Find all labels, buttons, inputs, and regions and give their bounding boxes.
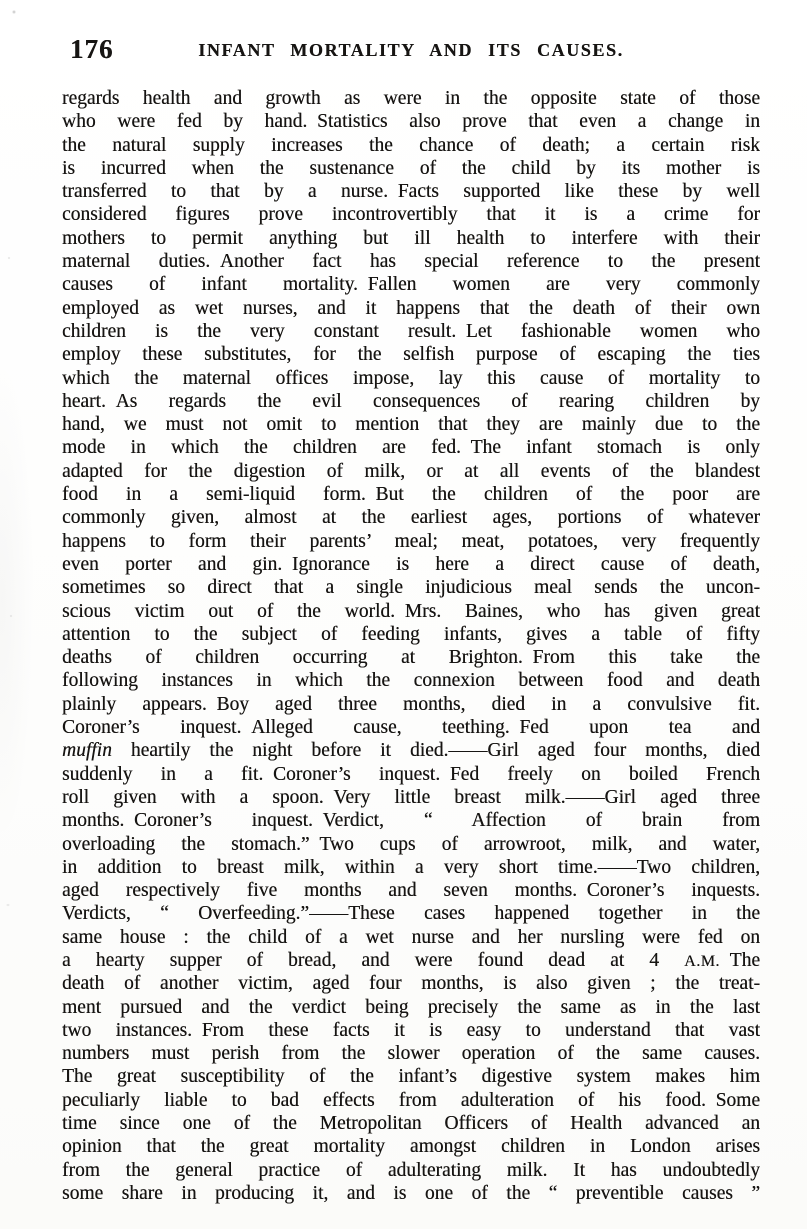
text-line: opinion that the great mortality amongst… — [62, 1135, 760, 1158]
text-line: plainly appears. Boy aged three months, … — [62, 693, 760, 716]
text-line: causes of infant mortality. Fallen women… — [62, 273, 760, 296]
text-line: Coroner’s inquest. Alleged cause, teethi… — [62, 716, 760, 739]
running-title: INFANT MORTALITY AND ITS CAUSES. — [62, 40, 760, 61]
text-line: in addition to breast milk, within a ver… — [62, 856, 760, 879]
text-line: adapted for the digestion of milk, or at… — [62, 460, 760, 483]
text-line: which the maternal offices impose, lay t… — [62, 367, 760, 390]
text-line: sometimes so direct that a single injudi… — [62, 576, 760, 599]
text-line: muffin heartily the night before it died… — [62, 739, 760, 762]
text-line: a hearty supper of bread, and were found… — [62, 949, 760, 972]
text-line: children is the very constant result. Le… — [62, 320, 760, 343]
text-line: mode in which the children are fed. The … — [62, 436, 760, 459]
text-line: The great susceptibility of the infant’s… — [62, 1065, 760, 1088]
text-line: food in a semi-liquid form. But the chil… — [62, 483, 760, 506]
text-line: peculiarly liable to bad effects from ad… — [62, 1089, 760, 1112]
text-line: hand, we must not omit to mention that t… — [62, 413, 760, 436]
text-line: two instances. From these facts it is ea… — [62, 1019, 760, 1042]
body-text: regards health and growth as were in the… — [62, 87, 760, 1205]
text-segment: heartily the night before it died.——Girl… — [112, 740, 760, 761]
text-line: happens to form their parents’ meal; mea… — [62, 530, 760, 553]
text-segment: The — [720, 950, 760, 971]
text-line: numbers must perish from the slower oper… — [62, 1042, 760, 1065]
smallcaps-text: A.M. — [684, 953, 720, 970]
text-line: Verdicts, “ Overfeeding.”——These cases h… — [62, 902, 760, 925]
text-line: aged respectively five months and seven … — [62, 879, 760, 902]
text-line: suddenly in a fit. Coroner’s inquest. Fe… — [62, 763, 760, 786]
text-line: some share in producing it, and is one o… — [62, 1182, 760, 1205]
text-line: mothers to permit anything but ill healt… — [62, 227, 760, 250]
text-line: death of another victim, aged four month… — [62, 972, 760, 995]
text-line: from the general practice of adulteratin… — [62, 1159, 760, 1182]
text-line: the natural supply increases the chance … — [62, 134, 760, 157]
text-line: regards health and growth as were in the… — [62, 87, 760, 110]
text-line: maternal duties. Another fact has specia… — [62, 250, 760, 273]
page-header: 176 INFANT MORTALITY AND ITS CAUSES. — [62, 34, 760, 64]
text-line: employed as wet nurses, and it happens t… — [62, 297, 760, 320]
text-line: time since one of the Metropolitan Offic… — [62, 1112, 760, 1135]
text-line: transferred to that by a nurse. Facts su… — [62, 180, 760, 203]
text-line: attention to the subject of feeding infa… — [62, 623, 760, 646]
text-line: roll given with a spoon. Very little bre… — [62, 786, 760, 809]
text-line: considered figures prove incontrovertibl… — [62, 203, 760, 226]
text-line: following instances in which the connexi… — [62, 669, 760, 692]
text-line: deaths of children occurring at Brighton… — [62, 646, 760, 669]
text-line: same house : the child of a wet nurse an… — [62, 926, 760, 949]
text-line: commonly given, almost at the earliest a… — [62, 506, 760, 529]
text-line: is incurred when the sustenance of the c… — [62, 157, 760, 180]
italic-text: muffin — [62, 740, 112, 761]
text-line: months. Coroner’s inquest. Verdict, “ Af… — [62, 809, 760, 832]
text-line: even porter and gin. Ignorance is here a… — [62, 553, 760, 576]
book-page: 176 INFANT MORTALITY AND ITS CAUSES. reg… — [0, 0, 807, 1229]
text-line: who were fed by hand. Statistics also pr… — [62, 110, 760, 133]
text-line: overloading the stomach.” Two cups of ar… — [62, 833, 760, 856]
text-line: scious victim out of the world. Mrs. Bai… — [62, 600, 760, 623]
text-line: heart. As regards the evil consequences … — [62, 390, 760, 413]
text-line: employ these substitutes, for the selfis… — [62, 343, 760, 366]
text-line: ment pursued and the verdict being preci… — [62, 996, 760, 1019]
text-segment: a hearty supper of bread, and were found… — [62, 950, 684, 971]
